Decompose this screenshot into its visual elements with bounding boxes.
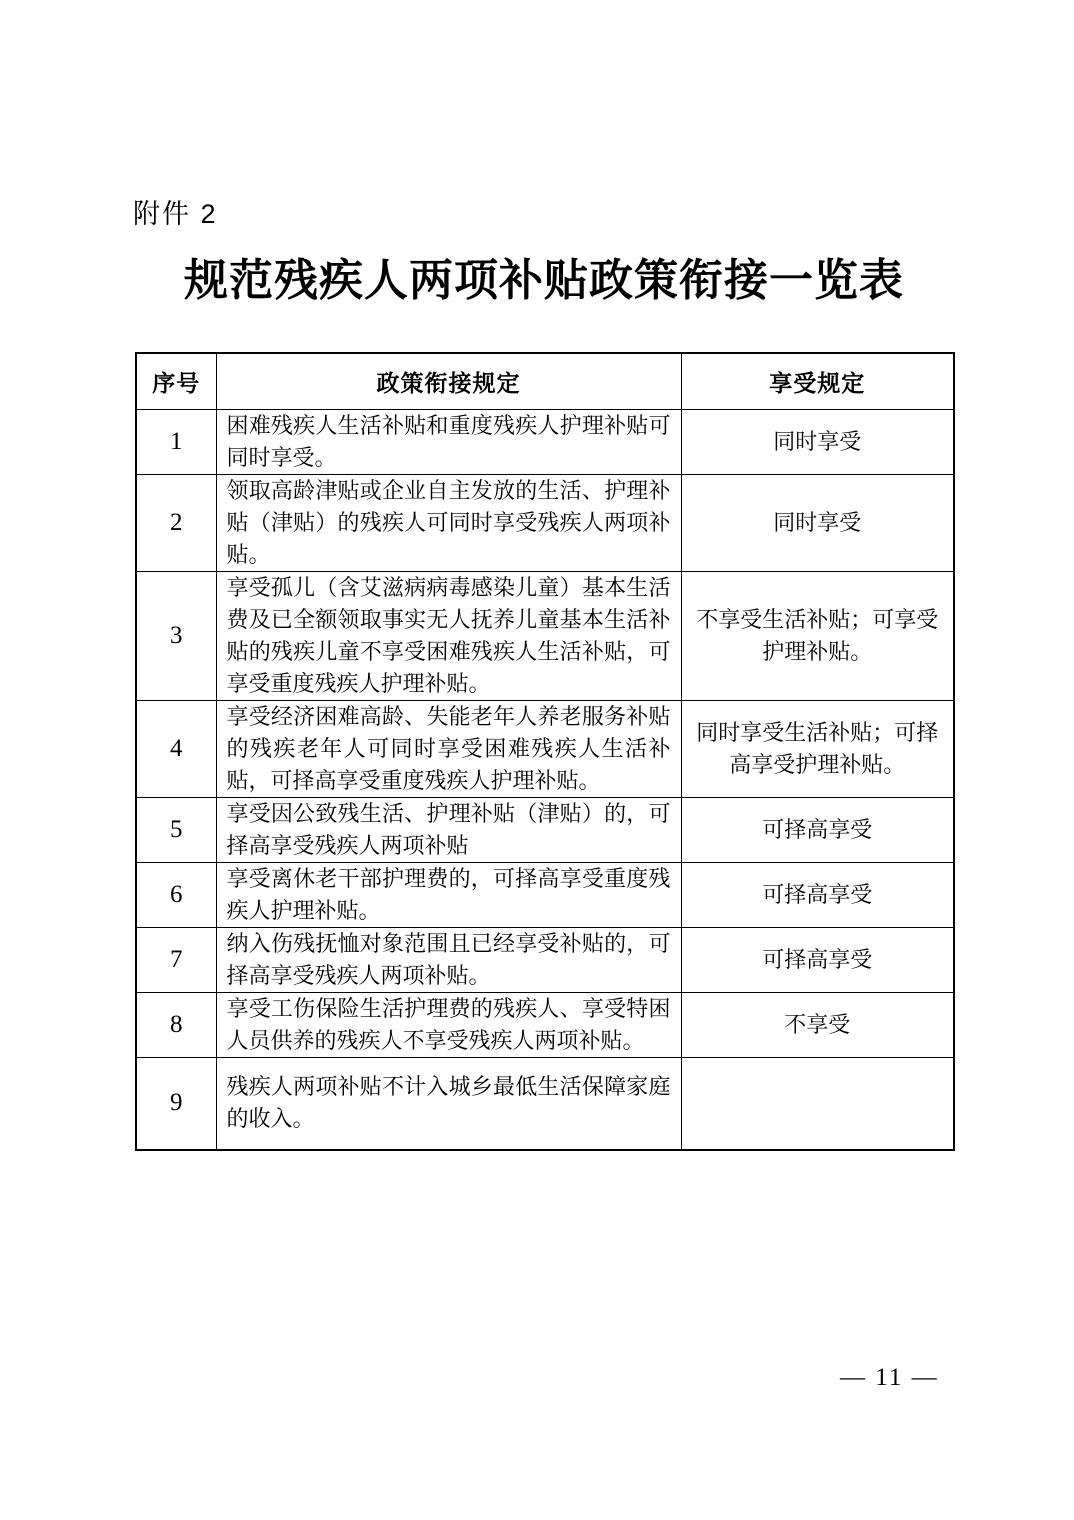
row-entitlement-text: 不享受: [681, 993, 954, 1058]
row-serial-number: 2: [136, 475, 216, 572]
table-header-row: 序号 政策衔接规定 享受规定: [136, 353, 954, 410]
table-row: 8 享受工伤保险生活护理费的残疾人、享受特困人员供养的残疾人不享受残疾人两项补贴…: [136, 993, 954, 1058]
attachment-label: 附件 2: [133, 192, 218, 231]
row-entitlement-text: 可择高享受: [681, 928, 954, 993]
row-entitlement-text: [681, 1058, 954, 1150]
row-entitlement-text: 可择高享受: [681, 798, 954, 863]
row-entitlement-text: 同时享受: [681, 475, 954, 572]
header-cell-policy-provision: 政策衔接规定: [216, 353, 681, 410]
row-entitlement-text: 可择高享受: [681, 863, 954, 928]
header-cell-serial-no: 序号: [136, 353, 216, 410]
row-policy-text: 纳入伤残抚恤对象范围且已经享受补贴的，可择高享受残疾人两项补贴。: [216, 928, 681, 993]
policy-table: 序号 政策衔接规定 享受规定 1 困难残疾人生活补贴和重度残疾人护理补贴可同时享…: [135, 352, 955, 1151]
table-body: 1 困难残疾人生活补贴和重度残疾人护理补贴可同时享受。 同时享受 2 领取高龄津…: [136, 410, 954, 1150]
row-policy-text: 享受工伤保险生活护理费的残疾人、享受特困人员供养的残疾人不享受残疾人两项补贴。: [216, 993, 681, 1058]
table-row: 4 享受经济困难高龄、失能老年人养老服务补贴的残疾老年人可同时享受困难残疾人生活…: [136, 701, 954, 798]
row-serial-number: 4: [136, 701, 216, 798]
table-row: 1 困难残疾人生活补贴和重度残疾人护理补贴可同时享受。 同时享受: [136, 410, 954, 475]
page-number: — 11 —: [840, 1364, 939, 1392]
row-policy-text: 享受因公致残生活、护理补贴（津贴）的，可择高享受残疾人两项补贴: [216, 798, 681, 863]
row-serial-number: 6: [136, 863, 216, 928]
row-policy-text: 享受孤儿（含艾滋病病毒感染儿童）基本生活费及已全额领取事实无人抚养儿童基本生活补…: [216, 572, 681, 701]
row-policy-text: 享受经济困难高龄、失能老年人养老服务补贴的残疾老年人可同时享受困难残疾人生活补贴…: [216, 701, 681, 798]
row-serial-number: 5: [136, 798, 216, 863]
page-title: 规范残疾人两项补贴政策衔接一览表: [120, 244, 968, 308]
row-entitlement-text: 同时享受: [681, 410, 954, 475]
row-serial-number: 7: [136, 928, 216, 993]
table-row: 5 享受因公致残生活、护理补贴（津贴）的，可择高享受残疾人两项补贴 可择高享受: [136, 798, 954, 863]
table-row: 3 享受孤儿（含艾滋病病毒感染儿童）基本生活费及已全额领取事实无人抚养儿童基本生…: [136, 572, 954, 701]
row-entitlement-text: 同时享受生活补贴；可择高享受护理补贴。: [681, 701, 954, 798]
table-row: 7 纳入伤残抚恤对象范围且已经享受补贴的，可择高享受残疾人两项补贴。 可择高享受: [136, 928, 954, 993]
row-serial-number: 3: [136, 572, 216, 701]
table-row: 2 领取高龄津贴或企业自主发放的生活、护理补贴（津贴）的残疾人可同时享受残疾人两…: [136, 475, 954, 572]
row-serial-number: 8: [136, 993, 216, 1058]
row-policy-text: 困难残疾人生活补贴和重度残疾人护理补贴可同时享受。: [216, 410, 681, 475]
row-serial-number: 9: [136, 1058, 216, 1150]
table-row: 6 享受离休老干部护理费的，可择高享受重度残疾人护理补贴。 可择高享受: [136, 863, 954, 928]
row-policy-text: 领取高龄津贴或企业自主发放的生活、护理补贴（津贴）的残疾人可同时享受残疾人两项补…: [216, 475, 681, 572]
table-row: 9 残疾人两项补贴不计入城乡最低生活保障家庭的收入。: [136, 1058, 954, 1150]
document-page: 附件 2 规范残疾人两项补贴政策衔接一览表 序号 政策衔接规定 享受规定 1 困…: [0, 0, 1074, 1520]
header-cell-entitlement-provision: 享受规定: [681, 353, 954, 410]
row-policy-text: 残疾人两项补贴不计入城乡最低生活保障家庭的收入。: [216, 1058, 681, 1150]
row-entitlement-text: 不享受生活补贴；可享受护理补贴。: [681, 572, 954, 701]
row-policy-text: 享受离休老干部护理费的，可择高享受重度残疾人护理补贴。: [216, 863, 681, 928]
row-serial-number: 1: [136, 410, 216, 475]
